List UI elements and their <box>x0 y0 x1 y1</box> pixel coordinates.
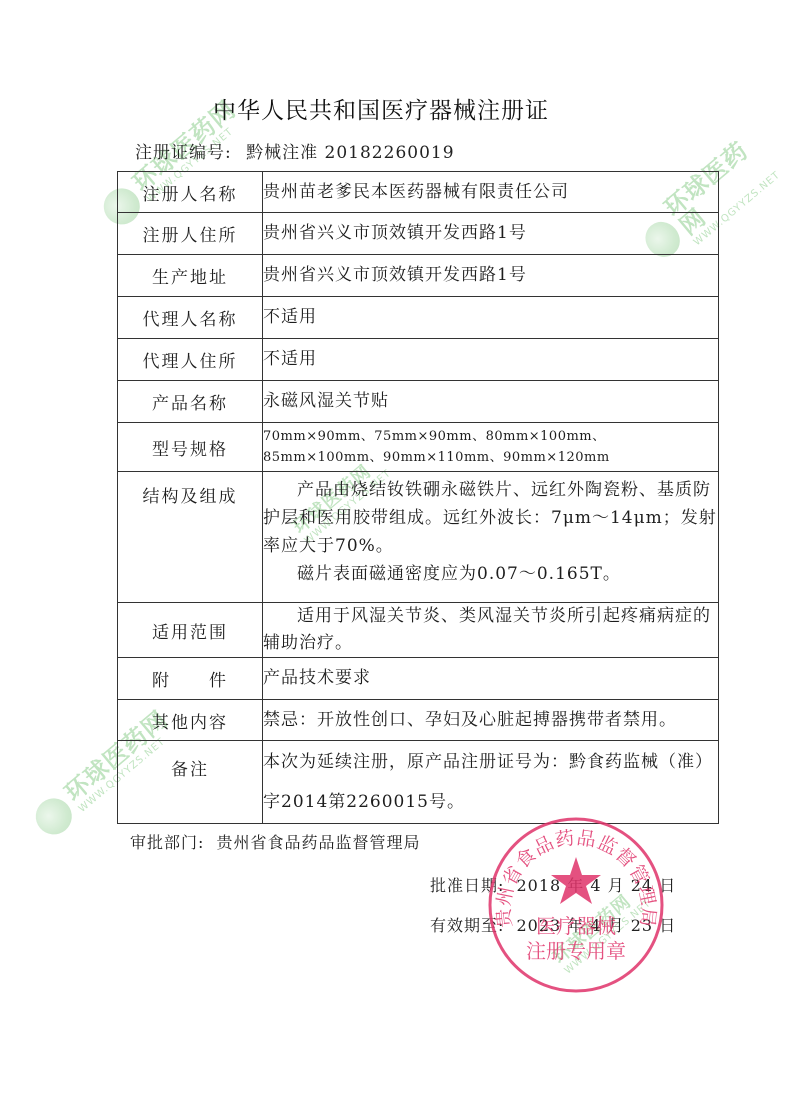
approver-value: 贵州省食品药品监督管理局 <box>217 833 421 852</box>
table-row: 生产地址 贵州省兴义市顶效镇开发西路1号 <box>118 255 719 297</box>
table-row: 适用范围 适用于风湿关节炎、类风湿关节炎所引起疼痛病症的辅助治疗。 <box>118 603 719 658</box>
seal-center-line2: 注册专用章 <box>526 939 626 963</box>
approve-date-value: 2018 年 4 月 24 日 <box>517 876 677 895</box>
valid-until: 有效期至: 2023 年 4 月 23 日 <box>430 913 676 936</box>
approval-date: 批准日期: 2018 年 4 月 24 日 <box>430 873 676 896</box>
table-row: 注册人住所 贵州省兴义市顶效镇开发西路1号 <box>118 213 719 255</box>
row-label: 附 件 <box>118 658 263 700</box>
table-row: 型号规格 70mm×90mm、75mm×90mm、80mm×100mm、85mm… <box>118 423 719 472</box>
cert-number-value: 黔械注准 20182260019 <box>246 143 454 163</box>
table-row: 备注 本次为延续注册，原产品注册证号为：黔食药监械（准）字2014第226001… <box>118 741 719 824</box>
row-value: 贵州省兴义市顶效镇开发西路1号 <box>263 255 719 297</box>
document-title: 中华人民共和国医疗器械注册证 <box>213 92 549 125</box>
row-label: 备注 <box>118 741 263 824</box>
valid-until-label: 有效期至: <box>430 916 504 935</box>
row-value: 70mm×90mm、75mm×90mm、80mm×100mm、85mm×100m… <box>263 423 719 472</box>
watermark-en: WWW.QGYYZS.NET <box>563 899 653 977</box>
row-value: 不适用 <box>263 297 719 339</box>
row-value: 适用于风湿关节炎、类风湿关节炎所引起疼痛病症的辅助治疗。 <box>263 603 719 658</box>
table-row: 其他内容 禁忌：开放性创口、孕妇及心脏起搏器携带者禁用。 <box>118 700 719 741</box>
row-label: 其他内容 <box>118 700 263 741</box>
row-label: 注册人住所 <box>118 213 263 255</box>
table-row: 注册人名称 贵州苗老爹民本医药器械有限责任公司 <box>118 172 719 213</box>
valid-until-value: 2023 年 4 月 23 日 <box>517 916 677 935</box>
structure-paragraph-1: 产品由烧结钕铁硼永磁铁片、远红外陶瓷粉、基质防护层和医用胶带组成。远红外波长：7… <box>263 476 718 560</box>
row-value: 本次为延续注册，原产品注册证号为：黔食药监械（准）字2014第2260015号。 <box>263 741 719 824</box>
row-value: 禁忌：开放性创口、孕妇及心脏起搏器携带者禁用。 <box>263 700 719 741</box>
row-value: 永磁风湿关节贴 <box>263 381 719 423</box>
row-label: 适用范围 <box>118 603 263 658</box>
row-value: 贵州苗老爹民本医药器械有限责任公司 <box>263 172 719 213</box>
registration-table: 注册人名称 贵州苗老爹民本医药器械有限责任公司 注册人住所 贵州省兴义市顶效镇开… <box>117 171 719 824</box>
approval-department: 审批部门: 贵州省食品药品监督管理局 <box>130 830 421 853</box>
official-seal-icon: 贵州省食品药品监督管理局 医疗器械 注册专用章 <box>486 815 666 995</box>
row-value: 产品技术要求 <box>263 658 719 700</box>
row-value: 贵州省兴义市顶效镇开发西路1号 <box>263 213 719 255</box>
table-row: 附 件 产品技术要求 <box>118 658 719 700</box>
table-row: 产品名称 永磁风湿关节贴 <box>118 381 719 423</box>
table-row: 代理人住所 不适用 <box>118 339 719 381</box>
row-label: 型号规格 <box>118 423 263 472</box>
table-row: 代理人名称 不适用 <box>118 297 719 339</box>
cert-number: 注册证编号: 黔械注准 20182260019 <box>135 138 455 163</box>
row-value: 产品由烧结钕铁硼永磁铁片、远红外陶瓷粉、基质防护层和医用胶带组成。远红外波长：7… <box>263 472 719 603</box>
scope-text: 适用于风湿关节炎、类风湿关节炎所引起疼痛病症的辅助治疗。 <box>263 603 718 657</box>
approve-date-label: 批准日期: <box>430 876 504 895</box>
cert-number-label: 注册证编号: <box>135 143 232 163</box>
row-label: 生产地址 <box>118 255 263 297</box>
globe-icon <box>28 791 79 842</box>
row-label: 代理人住所 <box>118 339 263 381</box>
structure-paragraph-2: 磁片表面磁通密度应为0.07～0.165T。 <box>263 560 718 588</box>
row-label: 代理人名称 <box>118 297 263 339</box>
row-label: 产品名称 <box>118 381 263 423</box>
table-row: 结构及组成 产品由烧结钕铁硼永磁铁片、远红外陶瓷粉、基质防护层和医用胶带组成。远… <box>118 472 719 603</box>
row-value: 不适用 <box>263 339 719 381</box>
row-label: 注册人名称 <box>118 172 263 213</box>
row-label: 结构及组成 <box>118 472 263 603</box>
approver-label: 审批部门: <box>130 833 204 852</box>
